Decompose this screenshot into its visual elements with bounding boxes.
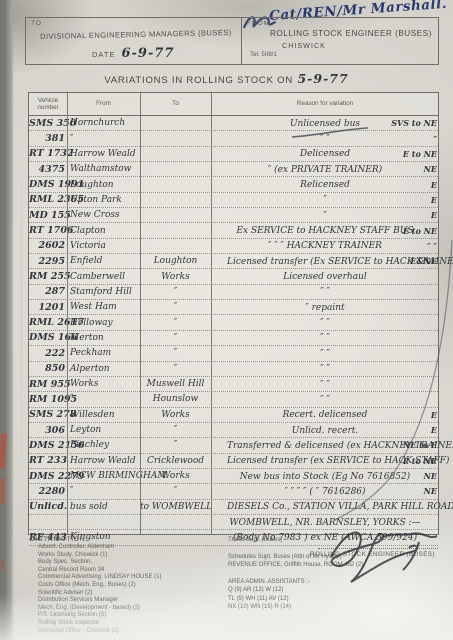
paper-crease <box>21 90 22 540</box>
col-to: To <box>140 100 211 107</box>
from-cell: Victoria <box>67 241 140 251</box>
to-cell: ″ <box>140 318 211 328</box>
reason-cell: Ex SERVICE to HACKNEY STAFF BUS E to NE <box>211 225 439 236</box>
col-vehicle-number: Vehicle number <box>29 97 67 111</box>
reason-text: Licensed overhaul <box>283 272 367 282</box>
vehicle-number: 306 <box>29 425 67 436</box>
from-label: FROM <box>247 20 270 27</box>
reason-cell: ″ ″ <box>211 332 439 343</box>
reason-cell: ″ E <box>211 194 439 205</box>
from-cell: Harrow Weald <box>67 456 140 466</box>
from-cell: Leyton <box>67 425 140 435</box>
vehicle-number: 381 <box>29 133 67 144</box>
to-cell: Works <box>140 272 211 282</box>
from-cell: West Ham <box>67 302 140 312</box>
reason-text: ″ (ex PRIVATE TRAINER) <box>268 165 382 175</box>
vehicle-number: Unlicd. <box>29 501 67 512</box>
table-row: RM 1095 ″ Hounslow ″ ″ <box>29 392 438 407</box>
from-cell: Upton Park <box>67 195 140 205</box>
reason-text: Delicensed <box>300 149 350 159</box>
status-code: E to NE <box>403 149 437 159</box>
reason-cell: Unlicensed bus SVS to NE <box>211 118 439 129</box>
from-cell: ″ <box>67 134 140 144</box>
vehicle-number: RM 255 <box>29 271 67 282</box>
from-cell: Enfield <box>67 256 140 266</box>
reason-text: Transferred & delicensed (ex HACKNEY TRA… <box>227 441 423 451</box>
from-cell: MCW BIRMINGHAM <box>67 471 140 481</box>
reason-text: ″ ″ <box>320 134 330 144</box>
reason-text: ″ repaint <box>305 303 344 313</box>
status-code: ″ <box>433 134 437 144</box>
to-cell: ″ <box>140 364 211 374</box>
reason-cell: Licensed transfer (ex SERVICE to HACK ST… <box>211 455 439 466</box>
distribution-line: Works Study, Chiswick (1) <box>38 552 223 560</box>
vehicle-number: 1201 <box>29 302 67 313</box>
reason-text: Recert. delicensed <box>283 410 368 420</box>
reason-cell: Relicensed E <box>211 179 439 190</box>
reason-text: ″ ″ ″ ″ ( ″ 7616286) <box>284 487 365 497</box>
to-cell: ″ <box>140 425 211 435</box>
signature-scrawl-icon <box>311 512 451 587</box>
vehicle-number: MD 155 <box>29 210 67 221</box>
distribution-line: Scientific Adviser (2) <box>38 590 223 598</box>
table-row: MD 155 New Cross ″ E <box>29 208 438 223</box>
reason-text: ″ ″ <box>320 349 330 359</box>
distribution-line: Mech. Eng. (Development - based) (2) <box>38 605 223 613</box>
to-cell: ″ <box>140 440 211 450</box>
distribution-line: P.S. Licensing Section (5) <box>38 612 223 620</box>
vehicle-number: RT 233 <box>29 455 67 466</box>
table-row: SMS 278 Willesden Works Recert. delicens… <box>29 408 438 423</box>
title-text: VARIATIONS IN ROLLING STOCK ON <box>104 75 293 86</box>
table-row: 2280 ″ ″ ″ ″ ″ ″ ( ″ 7616286) NE <box>29 484 438 499</box>
variations-table: Vehicle number From To Reason for variat… <box>28 92 439 535</box>
table-row: DMS 2156 Finchley ″ Transferred & delice… <box>29 438 438 453</box>
col-from: From <box>67 100 140 107</box>
status-code: E <box>431 425 437 435</box>
distribution-line: Q (9) AR (12) W (12) <box>228 586 408 594</box>
vehicle-number: 850 <box>29 363 67 374</box>
distribution-line: Commercial Advertising, LINDSAY HOUSE (1… <box>38 574 223 582</box>
distribution-line: Distribution Services Manager <box>38 597 223 605</box>
table-row: DMS 2279 MCW BIRMINGHAM Works New bus in… <box>29 469 438 484</box>
reason-text: ″ ″ <box>320 364 330 374</box>
from-cell: Walthamstow <box>67 164 140 174</box>
vehicle-number: RML 2617 <box>29 317 67 328</box>
vehicle-number: 4375 <box>29 164 67 175</box>
vehicle-number: RM 955 <box>29 379 67 390</box>
to-value: DIVISIONAL ENGINEERING MANAGERS (BUSES) <box>40 28 232 41</box>
status-code: E <box>431 180 437 190</box>
date-label: DATE <box>92 50 115 59</box>
reason-text: ″ ″ ″ HACKNEY TRAINER <box>268 241 382 251</box>
reason-cell: ″ ″ <box>211 363 439 374</box>
reason-text: DIESELS Co., STATION VILLA, PARK HILL RO… <box>227 502 423 512</box>
from-cell: Camberwell <box>67 272 140 282</box>
to-cell: ″ <box>140 333 211 343</box>
from-cell: Loughton <box>67 180 140 190</box>
table-row: DMS 1991 Loughton Relicensed E <box>29 177 438 192</box>
vehicle-number: SMS 350 <box>29 118 67 129</box>
from-cell: bus sold <box>67 502 140 512</box>
status-code: SVS to NE <box>391 118 437 128</box>
vehicle-number: 2295 <box>29 256 67 267</box>
status-code: E <box>431 195 437 205</box>
to-cell: to WOMBWELL <box>140 502 211 512</box>
vehicle-number: DMS 2279 <box>29 471 67 482</box>
reason-cell: ″ ″ ″ HACKNEY TRAINER ″ ″ <box>211 240 439 251</box>
vehicle-number: 2280 <box>29 486 67 497</box>
distribution-line: Rolling Stock Inspector <box>38 620 223 628</box>
table-row: 222 Peckham ″ ″ ″ <box>29 346 438 361</box>
to-cell: Works <box>140 471 211 481</box>
status-code: NE to E <box>403 440 437 450</box>
reason-cell: ″ ″ <box>211 394 439 405</box>
table-body: SMS 350 Hornchurch Unlicensed bus SVS to… <box>29 116 438 534</box>
to-cell: ″ <box>140 486 211 496</box>
reason-text: Licensed transfer (Ex SERVICE to HACK TR… <box>227 257 423 267</box>
reason-text: Unlicensed bus <box>290 119 360 129</box>
reason-text: Unlicd. recert. <box>292 426 358 436</box>
status-code: E <box>431 410 437 420</box>
vehicle-number: RT 1706 <box>29 225 67 236</box>
from-cell: Stamford Hill <box>67 287 140 297</box>
table-row: RML 2365 Upton Park ″ E <box>29 193 438 208</box>
reason-cell: ″ E <box>211 210 439 221</box>
reason-text: Licensed transfer (ex SERVICE to HACK ST… <box>227 456 423 466</box>
from-cell: Clapton <box>67 226 140 236</box>
memo-header: TO DIVISIONAL ENGINEERING MANAGERS (BUSE… <box>25 17 439 65</box>
table-row: RT 1732 Harrow Weald Delicensed E to NE <box>29 147 438 162</box>
reason-cell: Recert. delicensed E <box>211 409 439 420</box>
status-code: ″ ″ <box>427 241 437 251</box>
col-reason: Reason for variation <box>211 100 439 107</box>
table-row: DMS 166 Merton ″ ″ ″ <box>29 331 438 346</box>
from-cell: Hornchurch <box>67 118 140 128</box>
from-cell: Willesden <box>67 410 140 420</box>
to-cell: Hounslow <box>140 394 211 404</box>
reason-cell: ″ ″ ″ ″ ( ″ 7616286) NE <box>211 486 439 497</box>
column-divider <box>140 93 141 534</box>
reason-cell: ″ repaint <box>211 302 439 313</box>
footer: DISTRIBUTION Advert. Controller, Aldenha… <box>0 534 453 640</box>
reason-text: ″ ″ <box>320 380 330 390</box>
from-cell: Works <box>67 379 140 389</box>
date-value: 6-9-77 <box>121 46 174 61</box>
vehicle-number: DMS 1991 <box>29 179 67 190</box>
distribution-list: Advert. Controller, AldenhamWorks Study,… <box>38 544 223 635</box>
distribution-line: TL (5) WH (11) AV (12) <box>228 595 408 603</box>
column-divider <box>67 93 68 534</box>
from-cell: Harrow Weald <box>67 149 140 159</box>
table-row: 381 ″ ″ ″ ″ <box>29 131 438 146</box>
table-row: RM 255 Camberwell Works Licensed overhau… <box>29 269 438 284</box>
distribution-line: Central Record Room 34 <box>38 567 223 575</box>
reason-cell: DIESELS Co., STATION VILLA, PARK HILL RO… <box>211 501 439 512</box>
document-title: VARIATIONS IN ROLLING STOCK ON 5-9-77 <box>0 70 453 88</box>
column-divider <box>211 93 212 534</box>
reason-text: Ex SERVICE to HACKNEY STAFF BUS <box>236 226 413 236</box>
vehicle-number: 2602 <box>29 240 67 251</box>
from-box: FROM ROLLING STOCK ENGINEER (BUSES) CHIS… <box>242 18 438 64</box>
reason-cell: Transferred & delicensed (ex HACKNEY TRA… <box>211 440 439 451</box>
reason-text: ″ ″ <box>320 287 330 297</box>
to-cell: ″ <box>140 348 211 358</box>
reason-cell: Unlicd. recert. E <box>211 425 439 436</box>
title-date: 5-9-77 <box>297 71 348 86</box>
vehicle-number: 287 <box>29 286 67 297</box>
table-row: RT 233 Harrow Weald Cricklewood Licensed… <box>29 454 438 469</box>
from-telephone: Tel. 508/1 <box>250 51 277 58</box>
reason-cell: ″ ″ ″ <box>211 133 439 144</box>
to-box: TO DIVISIONAL ENGINEERING MANAGERS (BUSE… <box>26 18 242 64</box>
from-cell: Peckham <box>67 348 140 358</box>
reason-text: ″ <box>323 195 326 205</box>
reason-cell: Licensed overhaul <box>211 271 439 282</box>
reason-text: ″ ″ <box>320 318 330 328</box>
status-code: NE <box>424 471 437 481</box>
distribution-title: DISTRIBUTION <box>30 536 85 543</box>
vehicle-number: RT 1732 <box>29 148 67 159</box>
table-row: 1201 West Ham ″ ″ repaint <box>29 300 438 315</box>
table-row: SMS 350 Hornchurch Unlicensed bus SVS to… <box>29 116 438 131</box>
to-cell: Loughton <box>140 256 211 266</box>
from-cell: Alperton <box>67 364 140 374</box>
reason-cell: New bus into Stock (Eg No 7616852) NE <box>211 471 439 482</box>
reason-cell: Licensed transfer (Ex SERVICE to HACK TR… <box>211 256 439 267</box>
distribution-line: Costs Office (Mech. Eng., Buses) (2) <box>38 582 223 590</box>
vehicle-number: RM 1095 <box>29 394 67 405</box>
vehicle-number: DMS 166 <box>29 332 67 343</box>
status-code: NE <box>424 164 437 174</box>
from-cell: Finchley <box>67 440 140 450</box>
from-cell: Holloway <box>67 318 140 328</box>
red-ink-mark <box>0 478 5 504</box>
reason-text: ″ ″ <box>320 333 330 343</box>
vehicle-number: DMS 2156 <box>29 440 67 451</box>
from-location: CHISWICK <box>282 41 326 50</box>
table-row: RM 955 Works Muswell Hill ″ ″ <box>29 377 438 392</box>
reason-text: Relicensed <box>300 180 350 190</box>
reason-cell: ″ ″ <box>211 348 439 359</box>
table-row: 4375 Walthamstow ″ (ex PRIVATE TRAINER) … <box>29 162 438 177</box>
table-row: 2602 Victoria ″ ″ ″ HACKNEY TRAINER ″ ″ <box>29 239 438 254</box>
to-label: TO <box>31 20 42 27</box>
distribution-line: Body Spec. Section, <box>38 559 223 567</box>
to-cell: Cricklewood <box>140 456 211 466</box>
from-cell: ″ <box>67 394 140 404</box>
vehicle-number: RML 2365 <box>29 194 67 205</box>
vehicle-number: 222 <box>29 348 67 359</box>
vehicle-number: SMS 278 <box>29 409 67 420</box>
status-code: NE <box>424 486 437 496</box>
status-code: E&NE <box>410 256 437 266</box>
reason-cell: Delicensed E to NE <box>211 148 439 159</box>
reason-cell: ″ ″ <box>211 286 439 297</box>
to-cell: Muswell Hill <box>140 379 211 389</box>
table-row: 306 Leyton ″ Unlicd. recert. E <box>29 423 438 438</box>
table-row: RT 1706 Clapton Ex SERVICE to HACKNEY ST… <box>29 223 438 238</box>
reason-text: ″ <box>323 211 326 221</box>
status-code: E <box>431 210 437 220</box>
table-row: RML 2617 Holloway ″ ″ ″ <box>29 315 438 330</box>
table-row: 2295 Enfield Loughton Licensed transfer … <box>29 254 438 269</box>
reason-text: New bus into Stock (Eg No 7616852) <box>240 472 410 482</box>
scanned-document: Cat/REN/Mr Marshall. TO DIVISIONAL ENGIN… <box>0 0 453 640</box>
from-cell: Merton <box>67 333 140 343</box>
to-cell: ″ <box>140 302 211 312</box>
table-row: 287 Stamford Hill ″ ″ ″ <box>29 285 438 300</box>
table-header: Vehicle number From To Reason for variat… <box>29 93 438 116</box>
reason-cell: ″ ″ <box>211 379 439 390</box>
distribution-line: NX (10) WN (15) R (14) <box>228 603 408 611</box>
signature-block: ROLLING STOCK ENGINEER (BUSES) <box>310 548 445 558</box>
distribution-line: Advert. Controller, Aldenham <box>38 544 223 552</box>
status-code: E to NE <box>403 456 437 466</box>
reason-text: ″ ″ <box>320 395 330 405</box>
to-cell: Works <box>140 410 211 420</box>
reason-cell: ″ ″ <box>211 317 439 328</box>
distribution-line: Divisional Office - Chiswick (2) <box>38 628 223 636</box>
reason-cell: ″ (ex PRIVATE TRAINER) NE <box>211 164 439 175</box>
to-cell: ″ <box>140 287 211 297</box>
from-cell: ″ <box>67 486 140 496</box>
from-value: ROLLING STOCK ENGINEER (BUSES) <box>270 29 432 38</box>
table-row: 850 Alperton ″ ″ ″ <box>29 362 438 377</box>
from-cell: New Cross <box>67 210 140 220</box>
status-code: E to NE <box>403 226 437 236</box>
